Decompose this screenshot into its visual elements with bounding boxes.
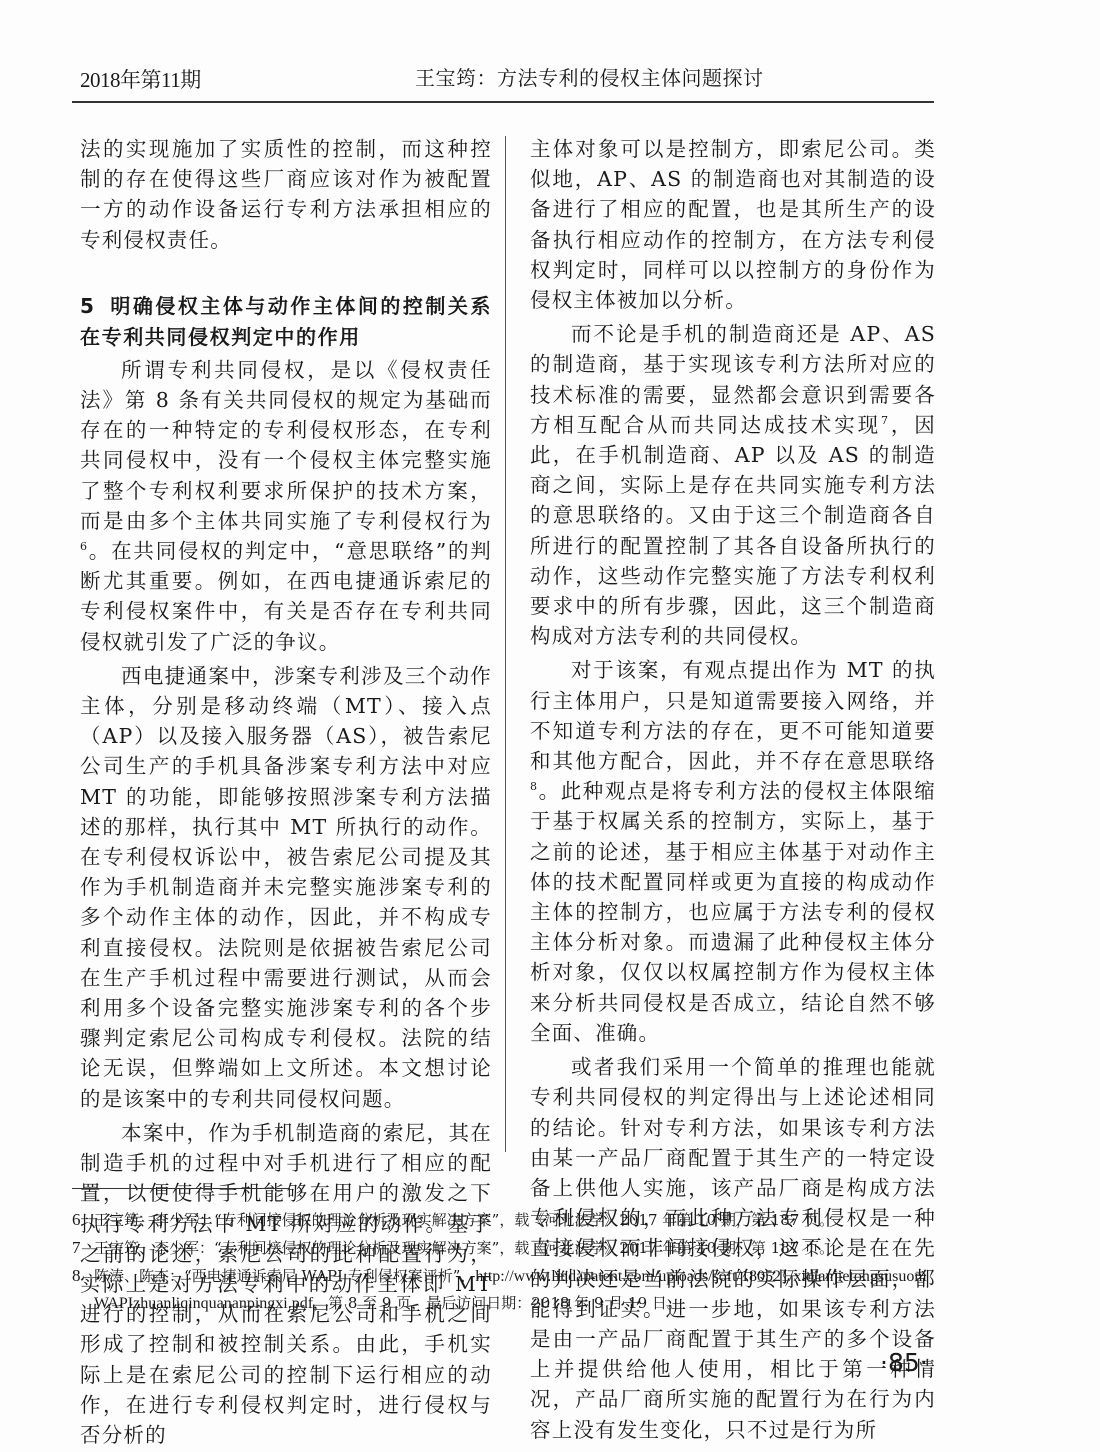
footnote-number: 7	[72, 1234, 94, 1261]
header-rule	[72, 101, 934, 103]
footnote-number: 8	[72, 1262, 94, 1289]
paragraph-text: 而不论是手机的制造商还是 AP、AS 的制造商，基于实现该专利方法所对应的技术标…	[530, 322, 936, 437]
paragraph: 对于该案，有观点提出作为 MT 的执行主体用户，只是知道需要接入网络，并不知道专…	[530, 655, 936, 1048]
footnote-text: 王宝筠、李少军：“专利间接侵权的理论分析及现实解决方案”，载《河北法学》2017…	[94, 1239, 834, 1257]
section-title: 明确侵权主体与动作主体间的控制关系在专利共同侵权判定中的作用	[80, 294, 492, 349]
footnote-ref[interactable]: 7	[881, 414, 889, 427]
section-heading: 5明确侵权主体与动作主体间的控制关系在专利共同侵权判定中的作用	[80, 291, 492, 353]
running-title: 王宝筠：方法专利的侵权主体问题探讨	[415, 62, 764, 91]
running-header: 2018年第11期 王宝筠：方法专利的侵权主体问题探讨	[70, 58, 940, 98]
paragraph: 而不论是手机的制造商还是 AP、AS 的制造商，基于实现该专利方法所对应的技术标…	[530, 319, 936, 651]
paragraph: 所谓专利共同侵权，是以《侵权责任法》第 8 条有关共同侵权的规定为基础而存在的一…	[80, 355, 492, 657]
footnote-6: 6王宝筠、李少军：“专利间接侵权的理论分析及现实解决方案”，载《河北法学》201…	[72, 1206, 952, 1234]
footnote-8: 8陈涛、陈杰：“西电捷通诉索尼 WAPI 专利侵权案评析”，http://www…	[72, 1262, 952, 1290]
footnote-ref[interactable]: 6	[80, 540, 88, 553]
paragraph-text: 。在共同侵权的判定中，“意思联络”的判断尤其重要。例如，在西电捷通诉索尼的专利侵…	[80, 539, 492, 654]
footnote-8-continuation: WAPIzhuanliqinquananpingxi.pdf，第 8 至 9 页…	[72, 1290, 952, 1317]
footnote-ref[interactable]: 8	[530, 780, 538, 793]
paragraph-text: 。此种观点是将专利方法的侵权主体限缩于基于权属关系的控制方，实际上，基于之前的论…	[530, 779, 936, 1045]
footnote-url-continuation[interactable]: WAPIzhuanliqinquananpingxi.pdf	[94, 1295, 313, 1312]
footnote-url[interactable]: http://www.lindapatent.com/uploads/soft/…	[475, 1268, 926, 1285]
column-divider	[505, 136, 506, 1152]
paragraph: 法的实现施加了实质性的控制，而这种控制的存在使得这些厂商应该对作为被配置一方的动…	[80, 134, 492, 255]
footnote-number: 6	[72, 1206, 94, 1233]
paragraph: 主体对象可以是控制方，即索尼公司。类似地，AP、AS 的制造商也对其制造的设备进…	[530, 134, 936, 315]
paragraph-text: 对于该案，有观点提出作为 MT 的执行主体用户，只是知道需要接入网络，并不知道专…	[530, 658, 936, 773]
footnote-rule	[72, 1188, 290, 1189]
footnote-text: 陈涛、陈杰：“西电捷通诉索尼 WAPI 专利侵权案评析”，	[94, 1267, 475, 1285]
journal-issue: 2018年第11期	[80, 64, 201, 94]
paragraph-text: ，因此，在手机制造商、AP 以及 AS 的制造商之间，实际上是存在共同实施专利方…	[530, 413, 936, 648]
paragraph: 西电捷通案中，涉案专利涉及三个动作主体，分别是移动终端（MT）、接入点（AP）以…	[80, 661, 492, 1114]
paragraph-text: 所谓专利共同侵权，是以《侵权责任法》第 8 条有关共同侵权的规定为基础而存在的一…	[80, 358, 492, 533]
section-number: 5	[80, 294, 96, 318]
footnotes: 6王宝筠、李少军：“专利间接侵权的理论分析及现实解决方案”，载《河北法学》201…	[72, 1206, 952, 1317]
footnote-7: 7王宝筠、李少军：“专利间接侵权的理论分析及现实解决方案”，载《河北法学》201…	[72, 1234, 952, 1262]
footnote-text: 王宝筠、李少军：“专利间接侵权的理论分析及现实解决方案”，载《河北法学》2017…	[94, 1211, 834, 1229]
footnote-text: ，第 8 至 9 页，最后访问日期：2018 年 9 月 19 日。	[313, 1294, 682, 1312]
page-number: ·85·	[880, 1348, 928, 1377]
